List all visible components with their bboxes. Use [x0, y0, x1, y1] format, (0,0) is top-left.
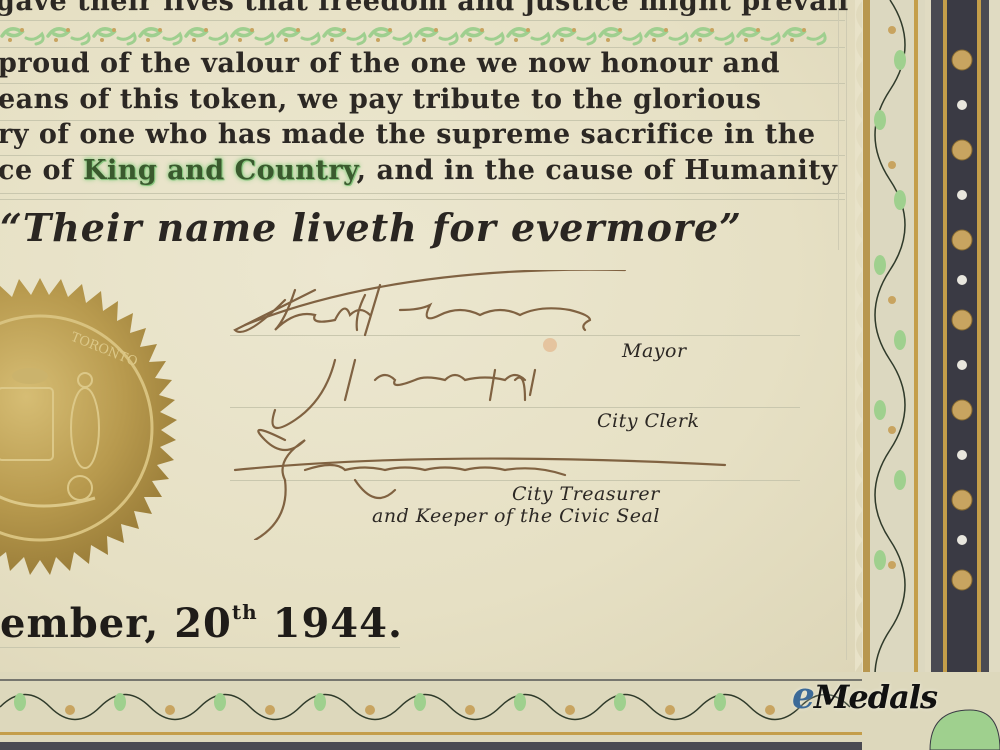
- date-month: ember,: [0, 600, 159, 647]
- emedals-watermark: eMedals: [792, 675, 937, 717]
- motto: “Their name liveth for evermore”: [0, 205, 742, 250]
- date-line: [0, 647, 400, 648]
- body-text: , and in the cause of Humanity: [357, 155, 838, 186]
- king-and-country-highlight: King and Country: [83, 155, 357, 186]
- ruling-line: [0, 199, 845, 200]
- body-text-line-1: proud of the valour of the one we now ho…: [0, 48, 780, 79]
- dark-floral-border: [925, 0, 1000, 750]
- certificate-date: ember, 20th 1944.: [0, 600, 403, 647]
- body-text-line-3: ry of one who has made the supreme sacri…: [0, 119, 816, 150]
- body-text: ry of one who has made the supreme sacri…: [0, 119, 816, 150]
- vine-scroll-border: [870, 0, 925, 750]
- body-text-partial-line: gave their lives that freedom and justic…: [0, 0, 849, 17]
- vine-ornament-row: [0, 22, 845, 46]
- paper-stain: [543, 338, 557, 352]
- watermark-e: e: [792, 675, 814, 717]
- margin-line: [846, 0, 847, 660]
- ruling-line: [0, 20, 845, 21]
- body-text-line-4: ce of King and Country, and in the cause…: [0, 155, 837, 186]
- body-text-line-2: eans of this token, we pay tribute to th…: [0, 84, 762, 115]
- title-city-treasurer: City Treasurer: [512, 483, 660, 505]
- date-year: 1944.: [273, 600, 403, 647]
- ruling-line: [0, 193, 845, 194]
- title-city-clerk: City Clerk: [597, 410, 699, 432]
- certificate-paper: gave their lives that freedom and justic…: [0, 0, 862, 672]
- body-text: proud of the valour of the one we now ho…: [0, 48, 780, 79]
- date-ordinal: th: [232, 600, 258, 624]
- body-text: ce of: [0, 155, 83, 186]
- title-mayor: Mayor: [622, 340, 687, 362]
- toronto-gold-seal: TORONTO: [0, 278, 190, 578]
- body-text: eans of this token, we pay tribute to th…: [0, 84, 762, 115]
- date-day: 20: [174, 600, 232, 647]
- watermark-medals: Medals: [814, 678, 937, 716]
- title-keeper-of-civic-seal: and Keeper of the Civic Seal: [372, 505, 660, 527]
